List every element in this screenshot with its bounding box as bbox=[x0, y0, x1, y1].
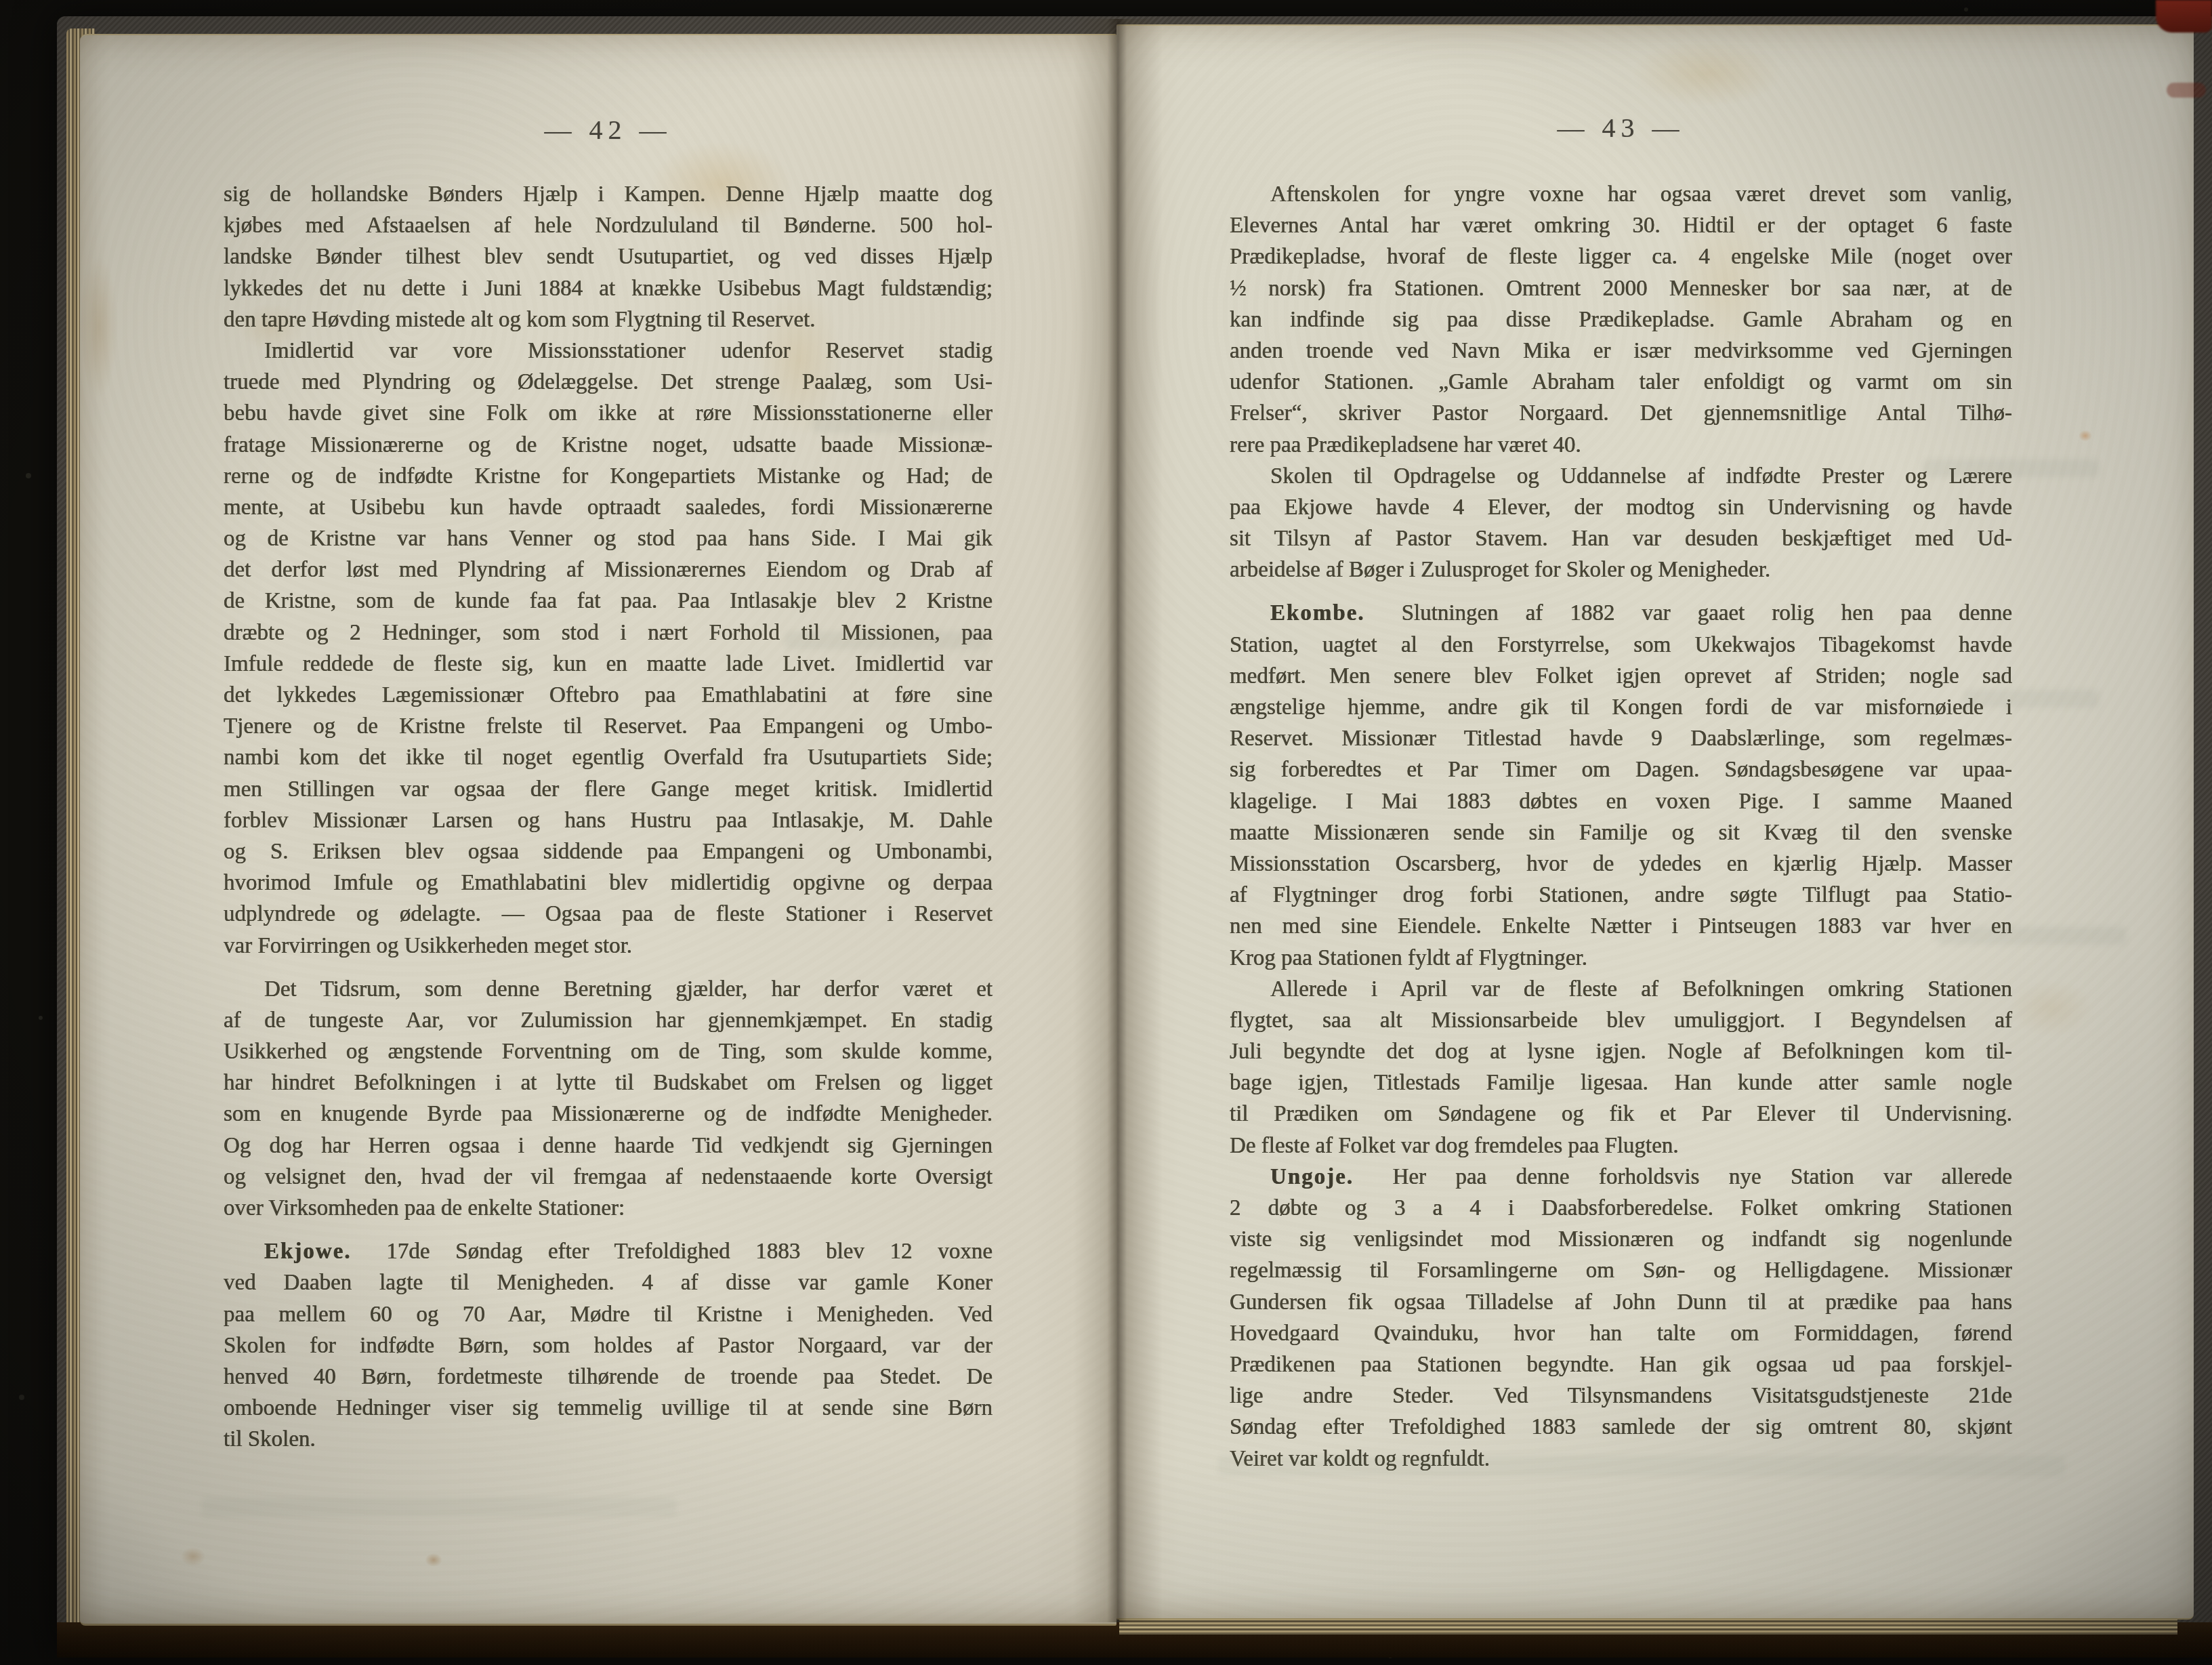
text-line: rerne og de indfødte Kristne for Kongepa… bbox=[224, 461, 993, 492]
text-line: lykkedes det nu dette i Juni 1884 at knæ… bbox=[224, 273, 993, 304]
station-heading: Ekombe. bbox=[1270, 601, 1375, 625]
text-line: landske Bønder tilhest blev sendt Usutup… bbox=[224, 241, 993, 272]
text-line: sig forberedtes et Par Timer om Dagen. S… bbox=[1230, 754, 2012, 785]
station-heading: Ungoje. bbox=[1270, 1165, 1363, 1189]
text-line: udenfor Stationen. „Gamle Abraham taler … bbox=[1230, 367, 2012, 398]
text-line: Ekjowe. 17de Søndag efter Trefoldighed 1… bbox=[224, 1236, 993, 1267]
text-line: Tjenere og de Kristne frelste til Reserv… bbox=[224, 711, 993, 742]
text-line: omboende Hedninger viser sig temmelig uv… bbox=[224, 1393, 993, 1424]
photo-background: — 42 — sig de hollandske Bønders Hjælp i… bbox=[0, 0, 2212, 1665]
paragraph: Aftenskolen for yngre voxne har ogsaa væ… bbox=[1230, 179, 2012, 461]
text-block: Aftenskolen for yngre voxne har ogsaa væ… bbox=[1230, 179, 2012, 1475]
text-line: har hindret Befolkningen i at lytte til … bbox=[224, 1067, 993, 1098]
text-line: Skolen til Opdragelse og Uddannelse af i… bbox=[1230, 461, 2012, 492]
text-line: Reservet. Missionær Titlestad havde 9 Da… bbox=[1230, 723, 2012, 754]
dust-specks bbox=[0, 0, 3, 3]
text-line: det derfor løst med Plyndring af Mission… bbox=[224, 554, 993, 585]
text-line: hvorimod Imfule og Emathlabatini blev mi… bbox=[224, 867, 993, 899]
text-line: truede med Plyndring og Ødelæggelse. Det… bbox=[224, 367, 993, 398]
text-line: ½ norsk) fra Stationen. Omtrent 2000 Men… bbox=[1230, 273, 2012, 304]
text-line: Gundersen fik ogsaa Tilladelse af John D… bbox=[1230, 1287, 2012, 1318]
text-line: Prædikenen paa Stationen begyndte. Han g… bbox=[1230, 1349, 2012, 1380]
paragraph: Ekombe. Slutningen af 1882 var gaaet rol… bbox=[1230, 598, 2012, 973]
text-line: Imfule reddede de fleste sig, kun en maa… bbox=[224, 649, 993, 680]
paragraph: Ungoje. Her paa denne forholdsvis nye St… bbox=[1230, 1162, 2012, 1475]
text-line: de Kristne, som de kunde faa fat paa. Pa… bbox=[224, 585, 993, 617]
text-line: paa Ekjowe havde 4 Elever, der modtog si… bbox=[1230, 492, 2012, 523]
text-line: bebu havde givet sine Folk om ikke at rø… bbox=[224, 398, 993, 429]
text-line: fratage Missionærerne og de Kristne noge… bbox=[224, 430, 993, 461]
text-line: Ungoje. Her paa denne forholdsvis nye St… bbox=[1230, 1162, 2012, 1193]
text-line: det lykkedes Lægemissionær Oftebro paa E… bbox=[224, 680, 993, 711]
text-line: Krog paa Stationen fyldt af Flygtninger. bbox=[1230, 943, 2012, 974]
text-line: lige andre Steder. Ved Tilsynsmandens Vi… bbox=[1230, 1380, 2012, 1412]
text-line: maatte Missionæren sende sin Familje og … bbox=[1230, 817, 2012, 848]
text-line: anden troende ved Navn Mika er især medv… bbox=[1230, 335, 2012, 367]
page-number: — 42 — bbox=[224, 114, 993, 146]
page-42: — 42 — sig de hollandske Bønders Hjælp i… bbox=[80, 34, 1117, 1626]
text-line: Hovedgaard Qvainduku, hvor han talte om … bbox=[1230, 1318, 2012, 1349]
text-line: udplyndrede og ødelagte. — Ogsaa paa de … bbox=[224, 899, 993, 930]
text-line: og de Kristne var hans Venner og stod pa… bbox=[224, 523, 993, 554]
text-line: Imidlertid var vore Missionsstationer ud… bbox=[224, 335, 993, 367]
text-line: kjøbes med Afstaaelsen af hele Nordzulul… bbox=[224, 210, 993, 241]
text-line: sig de hollandske Bønders Hjælp i Kampen… bbox=[224, 179, 993, 210]
text-line: Allerede i April var de fleste af Befolk… bbox=[1230, 974, 2012, 1005]
text-line: af de tungeste Aar, vor Zulumission har … bbox=[224, 1005, 993, 1036]
text-line: viste sig venligsindet mod Missionæren o… bbox=[1230, 1224, 2012, 1255]
text-line: Elevernes Antal har været omkring 30. Hi… bbox=[1230, 210, 2012, 241]
text-line: Ekombe. Slutningen af 1882 var gaaet rol… bbox=[1230, 598, 2012, 629]
text-line: klagelige. I Mai 1883 døbtes en voxen Pi… bbox=[1230, 786, 2012, 817]
text-line: paa mellem 60 og 70 Aar, Mødre til Krist… bbox=[224, 1299, 993, 1330]
text-line: nambi kom det ikke til noget egentlig Ov… bbox=[224, 742, 993, 773]
text-line: Det Tidsrum, som denne Beretning gjælder… bbox=[224, 974, 993, 1005]
text-line: ved Daaben lagte til Menigheden. 4 af di… bbox=[224, 1267, 993, 1298]
text-line: til Skolen. bbox=[224, 1424, 993, 1455]
text-line: og S. Eriksen blev ogsaa siddende paa Em… bbox=[224, 836, 993, 867]
text-line: men Stillingen var ogsaa der flere Gange… bbox=[224, 774, 993, 805]
paragraph: Det Tidsrum, som denne Beretning gjælder… bbox=[224, 974, 993, 1225]
text-line: dræbte og 2 Hedninger, som stod i nært F… bbox=[224, 617, 993, 649]
text-line: flygtet, saa alt Missionsarbeide blev um… bbox=[1230, 1005, 2012, 1036]
text-line: bage igjen, Titlestads Familje ligesaa. … bbox=[1230, 1067, 2012, 1098]
text-line: over Virksomheden paa de enkelte Station… bbox=[224, 1193, 993, 1224]
paragraph: Skolen til Opdragelse og Uddannelse af i… bbox=[1230, 461, 2012, 586]
text-line: Veiret var koldt og regnfuldt. bbox=[1230, 1443, 2012, 1475]
text-line: henved 40 Børn, fordetmeste tilhørende d… bbox=[224, 1361, 993, 1393]
text-line: ængstelige hjemme, andre gik til Kongen … bbox=[1230, 692, 2012, 723]
paragraph: Allerede i April var de fleste af Befolk… bbox=[1230, 974, 2012, 1162]
text-line: Juli begyndte det dog at lysne igjen. No… bbox=[1230, 1036, 2012, 1067]
text-line: Station, uagtet al den Forstyrrelse, som… bbox=[1230, 630, 2012, 661]
text-line: var Forvirringen og Usikkerheden meget s… bbox=[224, 930, 993, 962]
text-line: Prædikepladse, hvoraf de fleste ligger c… bbox=[1230, 241, 2012, 272]
text-line: Frelser“, skriver Pastor Norgaard. Det g… bbox=[1230, 398, 2012, 429]
text-line: og velsignet den, hvad der vil fremgaa a… bbox=[224, 1162, 993, 1193]
text-line: medført. Men senere blev Folket igjen op… bbox=[1230, 661, 2012, 692]
text-line: Skolen for indfødte Børn, som holdes af … bbox=[224, 1330, 993, 1361]
text-block: sig de hollandske Bønders Hjælp i Kampen… bbox=[224, 179, 993, 1456]
paragraph: sig de hollandske Bønders Hjælp i Kampen… bbox=[224, 179, 993, 335]
station-heading: Ekjowe. bbox=[264, 1239, 361, 1264]
text-line: sit Tilsyn af Pastor Stavem. Han var des… bbox=[1230, 523, 2012, 554]
text-line: 2 døbte og 3 a 4 i Daabsforberedelse. Fo… bbox=[1230, 1193, 2012, 1224]
text-line: regelmæssig til Forsamlingerne om Søn- o… bbox=[1230, 1255, 2012, 1286]
text-line: arbeidelse af Bøger i Zulusproget for Sk… bbox=[1230, 554, 2012, 585]
bleedthrough-smudge bbox=[202, 1498, 676, 1517]
text-line: De fleste af Folket var dog fremdeles pa… bbox=[1230, 1130, 2012, 1162]
page-43: — 43 — Aftenskolen for yngre voxne har o… bbox=[1117, 24, 2194, 1620]
text-line: nen med sine Eiendele. Enkelte Nætter i … bbox=[1230, 911, 2012, 942]
text-line: Søndag efter Trefoldighed 1883 samlede d… bbox=[1230, 1412, 2012, 1443]
paragraph: Imidlertid var vore Missionsstationer ud… bbox=[224, 335, 993, 962]
text-line: Og dog har Herren ogsaa i denne haarde T… bbox=[224, 1130, 993, 1162]
text-line: af Flygtninger drog forbi Stationen, and… bbox=[1230, 880, 2012, 911]
page-number: — 43 — bbox=[1230, 112, 2012, 144]
text-line: Usikkerhed og ængstende Forventning om d… bbox=[224, 1036, 993, 1067]
text-line: mente, at Usibebu kun havde optraadt saa… bbox=[224, 492, 993, 523]
text-line: Aftenskolen for yngre voxne har ogsaa væ… bbox=[1230, 179, 2012, 210]
text-line: som en knugende Byrde paa Missionærerne … bbox=[224, 1098, 993, 1130]
text-line: den tapre Høvding mistede alt og kom som… bbox=[224, 304, 993, 335]
text-line: til Prædiken om Søndagene og fik et Par … bbox=[1230, 1098, 2012, 1130]
text-line: rere paa Prædikepladsene har været 40. bbox=[1230, 430, 2012, 461]
text-line: forblev Missionær Larsen og hans Hustru … bbox=[224, 805, 993, 836]
text-line: kan indfinde sig paa disse Prædikepladse… bbox=[1230, 304, 2012, 335]
text-line: Missionsstation Oscarsberg, hvor de yded… bbox=[1230, 848, 2012, 880]
paragraph: Ekjowe. 17de Søndag efter Trefoldighed 1… bbox=[224, 1236, 993, 1455]
